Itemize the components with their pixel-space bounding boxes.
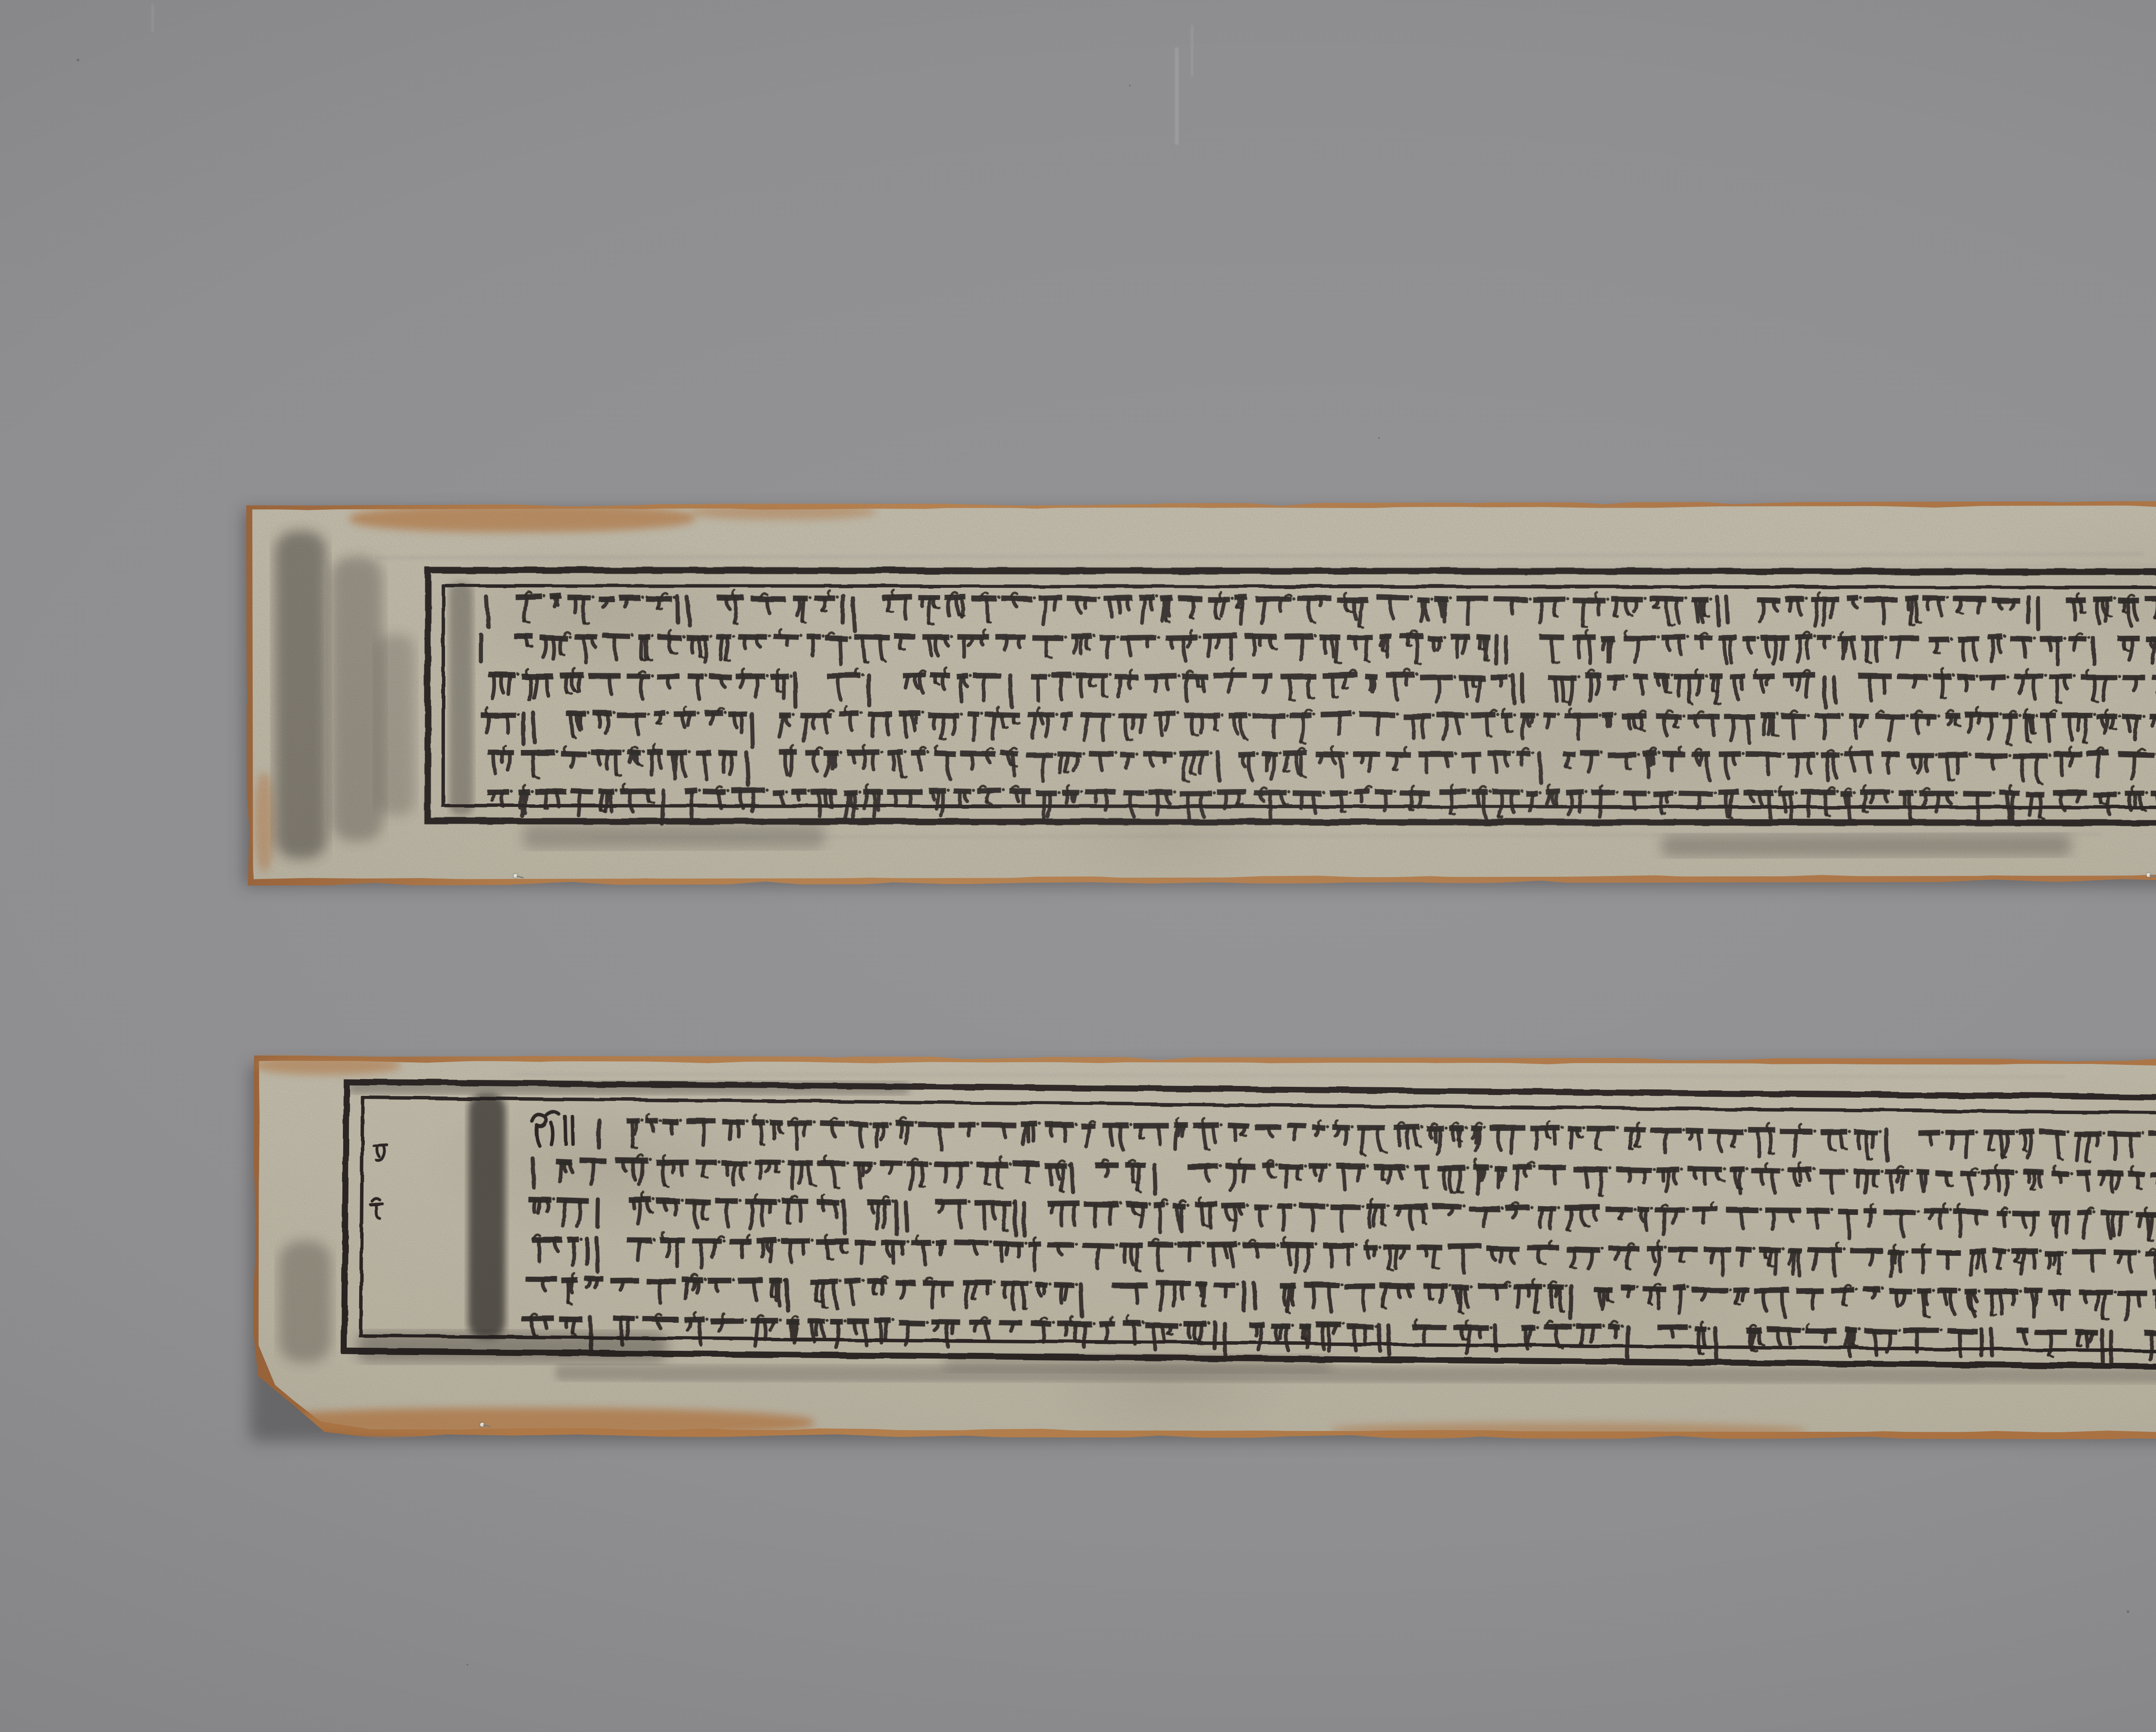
ink-smudge <box>555 1365 2156 1384</box>
mounting-pin <box>514 874 518 878</box>
dust-speck <box>1129 85 1131 86</box>
ink-smudge <box>331 557 383 841</box>
ink-smudge <box>523 824 825 849</box>
leaf-print-woodblock <box>246 501 2156 886</box>
manuscript-leaf-upper <box>246 501 2156 886</box>
mounting-pin <box>2147 873 2151 877</box>
ink-smudge <box>1661 834 2071 857</box>
board-scratch <box>152 4 154 32</box>
ink-smudge <box>376 634 415 816</box>
board-scratch <box>1191 25 1193 77</box>
dust-speck <box>2127 1610 2129 1613</box>
manuscript-leaf-lower <box>253 1056 2156 1440</box>
leaf-print-svg <box>246 501 2156 886</box>
ink-smudge <box>275 531 327 859</box>
mounting-pin <box>480 1423 484 1427</box>
ink-smudge <box>449 582 473 815</box>
dust-speck <box>467 1664 468 1666</box>
leaf-print-woodblock <box>253 1056 2156 1440</box>
ink-smudge <box>468 1094 506 1338</box>
leaf-print-svg <box>253 1056 2156 1440</box>
dust-speck <box>1378 437 1380 439</box>
photo-backdrop <box>0 0 2156 1732</box>
board-scratch <box>1175 47 1178 144</box>
dust-speck <box>77 59 79 61</box>
ink-smudge <box>279 1241 331 1362</box>
